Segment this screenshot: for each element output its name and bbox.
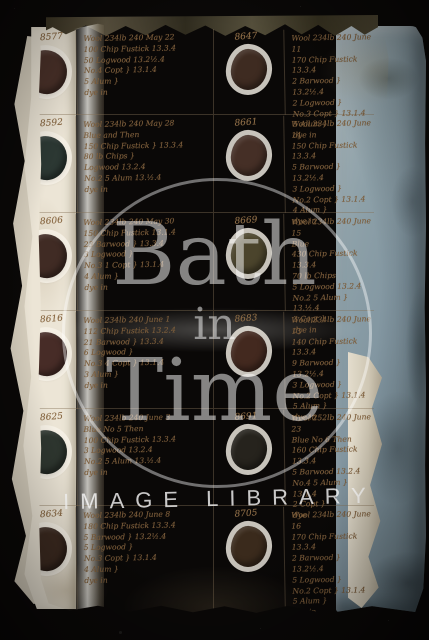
ledger-row: 8592 Wool 234lb 240 May 28 Blue and Then…	[38, 115, 374, 213]
entry-number: 8606	[40, 215, 77, 227]
ledger-row: 8625 Wool 234lb 240 June 3 Blue No 5 The…	[38, 409, 374, 506]
entry-text: Wool 234lb 240 June 14 150 Chip Fustick …	[283, 114, 375, 213]
fabric-swatch	[230, 330, 269, 373]
ledger-page: 8577 Wool 234lb 240 May 22 100 Chip Fust…	[38, 22, 390, 614]
fabric-swatch	[230, 525, 269, 568]
entry-number: 8705	[214, 507, 279, 521]
ledger-row: 8634 Wool 234lb 240 June 8 180 Chip Fust…	[38, 506, 374, 618]
entry-number: 8661	[214, 116, 279, 130]
entry-number: 8616	[40, 313, 77, 325]
entry-text: Wool 234lb 240 May 28 Blue and Then 150 …	[75, 114, 214, 213]
fabric-swatch	[230, 134, 269, 177]
dust-specks	[0, 0, 1, 1]
ledger-row: 8577 Wool 234lb 240 May 22 100 Chip Fust…	[38, 29, 374, 115]
entry-number: 8647	[214, 30, 279, 44]
ledger-row: 8616 Wool 234lb 240 June 1 112 Chip Fust…	[38, 311, 374, 409]
entry-number: 8625	[40, 411, 77, 423]
entry-text: Wool 234lb 240 May 22 100 Chip Fustick 1…	[75, 28, 213, 115]
fabric-swatch	[230, 232, 269, 275]
entry-text: Wool 234lb 240 June 11 170 Chip Fustick …	[283, 28, 374, 115]
entry-text: Wool 252lb 240 June 23 Blue No 6 Then 16…	[283, 408, 375, 506]
entry-text: Wool 234lb 240 May 30 150 Chip Fustick 1…	[75, 212, 214, 311]
ledger-row: 8606 Wool 234lb 240 May 30 150 Chip Fust…	[38, 213, 374, 311]
entry-number: 8634	[40, 508, 77, 520]
entry-text: Wool 234lb 240 June 16 170 Chip Fustick …	[283, 505, 375, 619]
entry-number: 8669	[214, 214, 279, 228]
entry-text: Wool 234lb 240 June 3 Blue No 5 Then 100…	[75, 408, 214, 506]
entry-number: 8683	[214, 312, 279, 326]
fabric-swatch	[230, 48, 269, 91]
entry-text: Wool 234lb 240 June 8 180 Chip Fustick 1…	[75, 505, 214, 619]
entry-number: 8592	[40, 117, 77, 129]
entry-text: Wool 234lb 240 June 1 112 Chip Fustick 1…	[75, 310, 214, 409]
ledger-grid: 8577 Wool 234lb 240 May 22 100 Chip Fust…	[38, 29, 374, 618]
entry-text: Wool 234lb 240 June 13 140 Chip Fustick …	[283, 310, 375, 409]
entry-number: 8577	[40, 31, 77, 43]
entry-number: 8691	[214, 410, 279, 424]
photo-background: 8577 Wool 234lb 240 May 22 100 Chip Fust…	[0, 0, 429, 640]
entry-text: Wool 234lb 240 June 15 Blue 430 Chip Fus…	[283, 212, 375, 311]
fabric-swatch	[230, 428, 269, 471]
